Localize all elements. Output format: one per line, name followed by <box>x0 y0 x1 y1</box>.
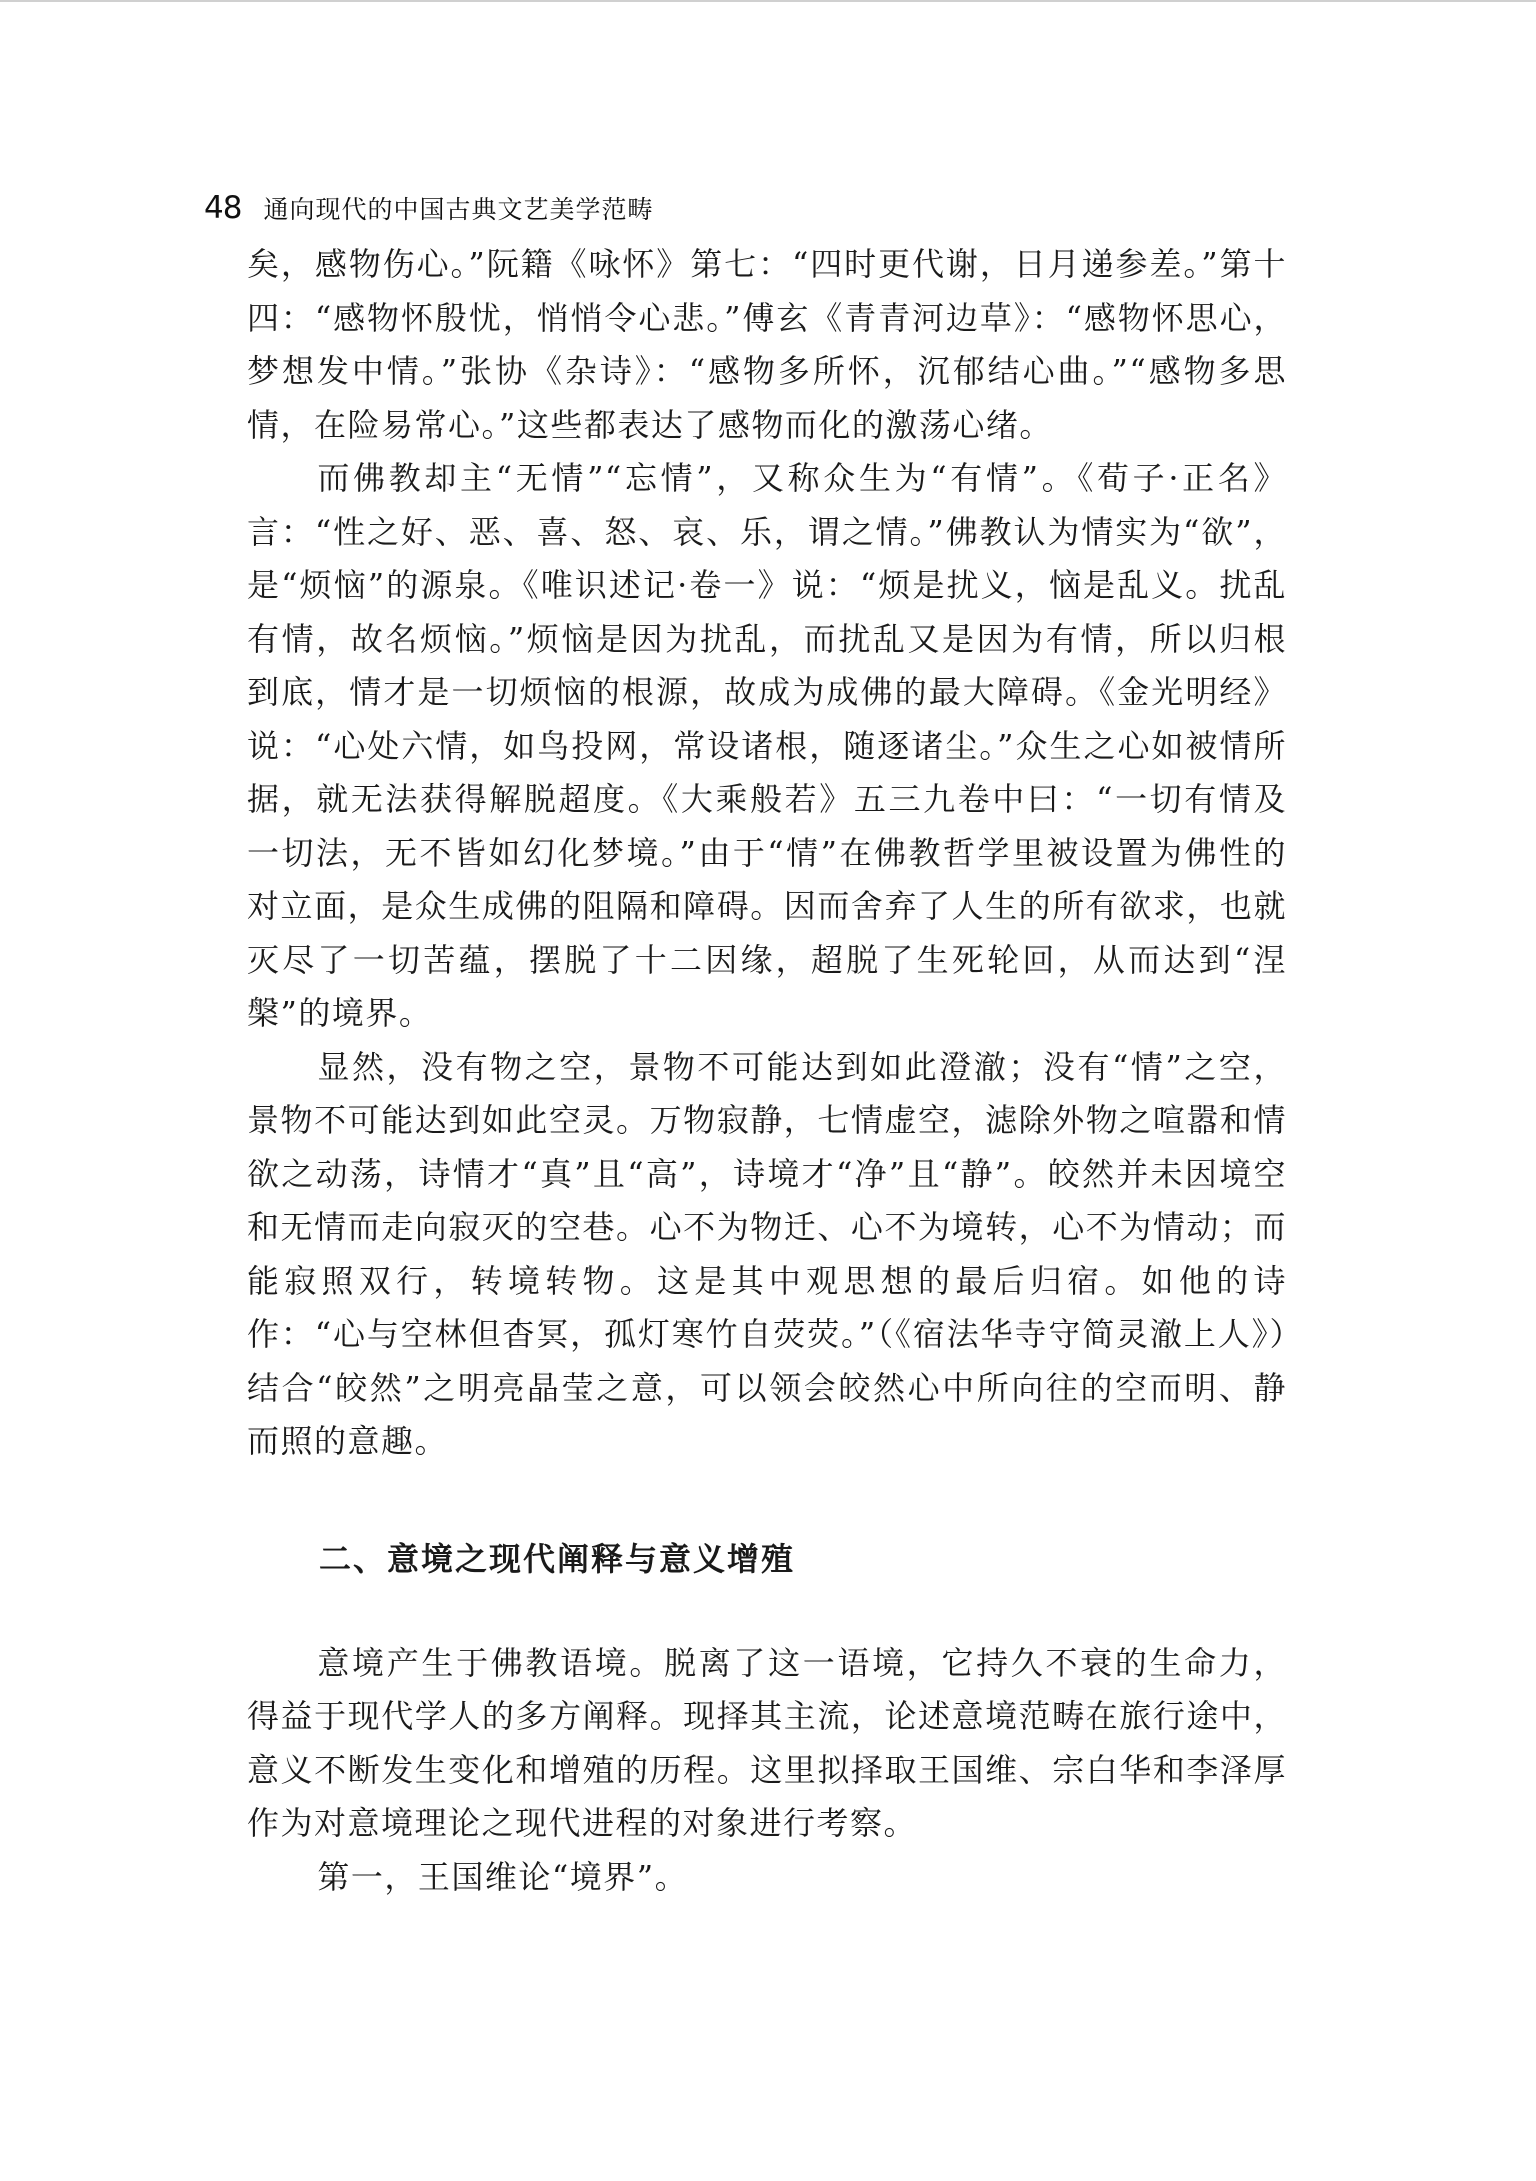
book-title: 通向现代的中国古典文艺美学范畴 <box>263 190 653 226</box>
paragraph-4: 意境产生于佛教语境。脱离了这一语境，它持久不衰的生命力，得益于现代学人的多方阐释… <box>247 1637 1287 1851</box>
page-top-border <box>0 0 1536 2</box>
page-number: 48 <box>204 190 241 226</box>
paragraph-5: 第一，王国维论“境界”。 <box>247 1851 1287 1905</box>
page-body: 矣，感物伤心。”阮籍《咏怀》第七：“四时更代谢，日月递参差。”第十四：“感物怀殷… <box>247 238 1287 1904</box>
paragraph-2: 而佛教却主“无情”“忘情”，又称众生为“有情”。《荀子·正名》言：“性之好、恶、… <box>247 452 1287 1041</box>
section-heading: 二、意境之现代阐释与意义增殖 <box>247 1527 1287 1591</box>
spacer <box>247 1591 1287 1637</box>
paragraph-1: 矣，感物伤心。”阮籍《咏怀》第七：“四时更代谢，日月递参差。”第十四：“感物怀殷… <box>247 238 1287 452</box>
paragraph-3: 显然，没有物之空，景物不可能达到如此澄澈；没有“情”之空，景物不可能达到如此空灵… <box>247 1041 1287 1469</box>
running-header: 48 通向现代的中国古典文艺美学范畴 <box>204 186 653 230</box>
spacer <box>247 1469 1287 1527</box>
